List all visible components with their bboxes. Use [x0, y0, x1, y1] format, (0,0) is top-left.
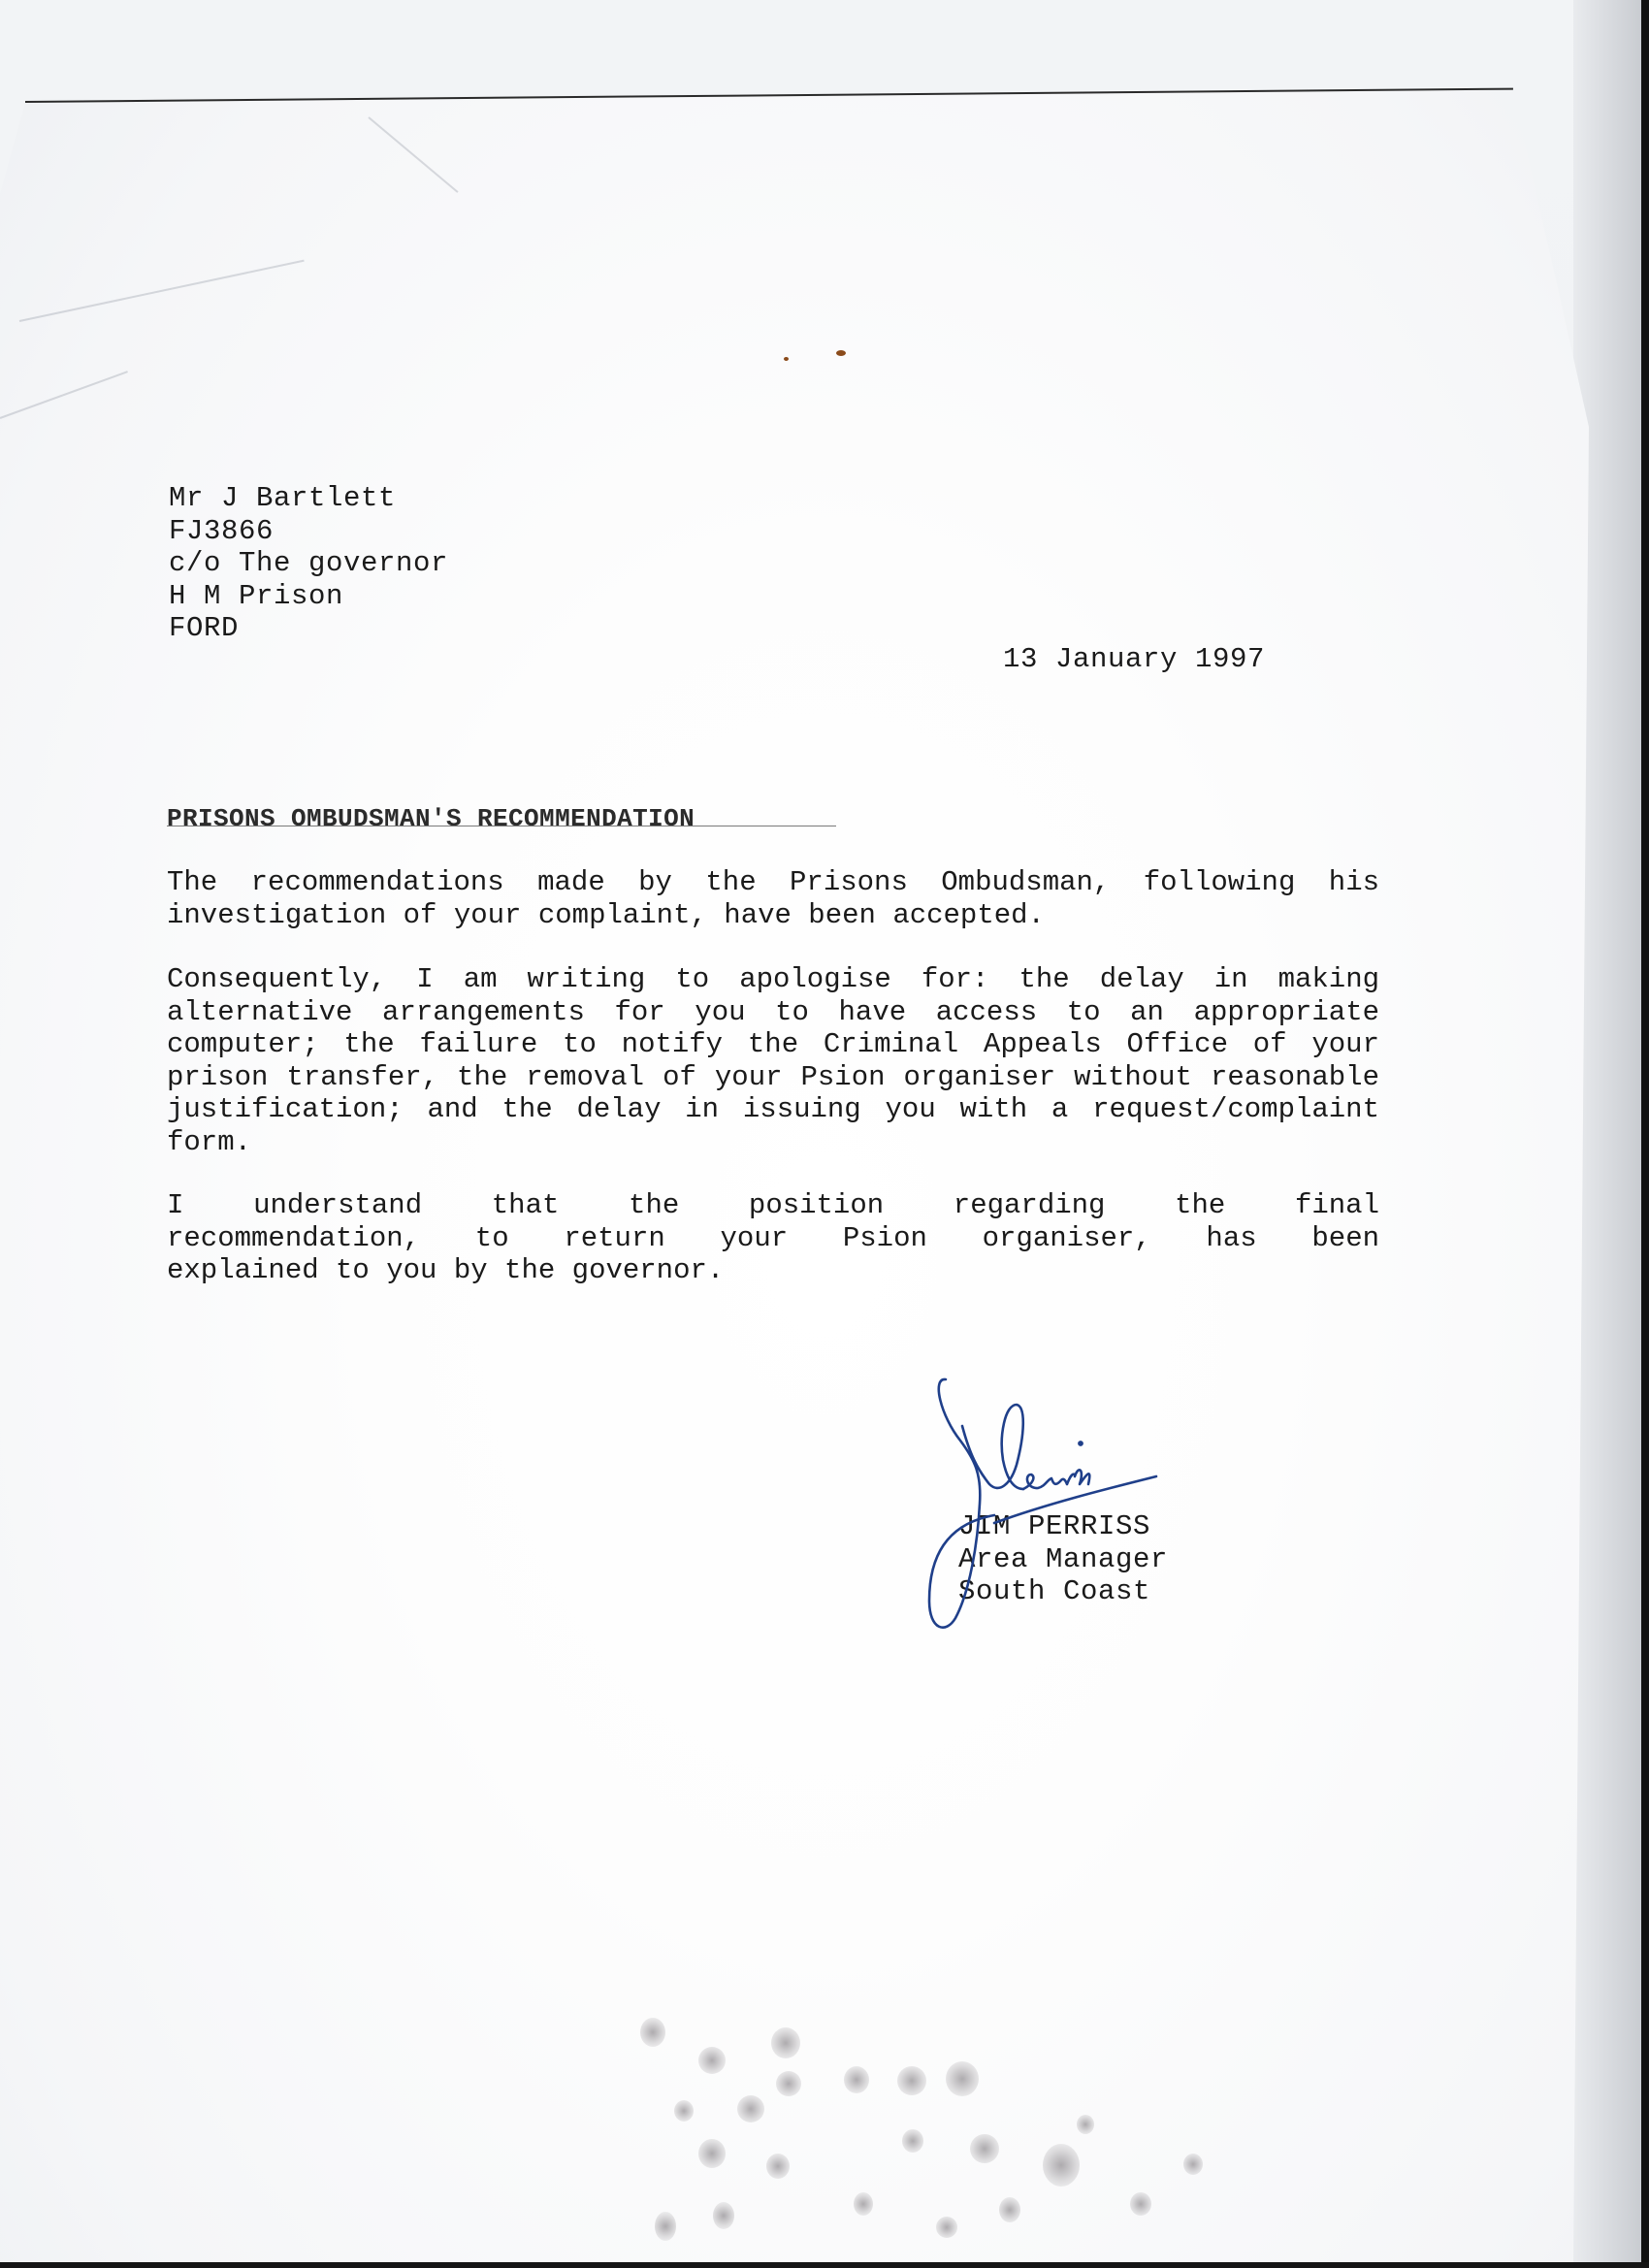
- paragraph-3-line: explained to you by the governor.: [167, 1254, 1379, 1287]
- letter: Mr J Bartlett FJ3866 c/o The governor H …: [0, 0, 1649, 2268]
- letter-date: 13 January 1997: [1003, 643, 1265, 675]
- recipient-care-of: c/o The governor: [169, 547, 448, 580]
- paragraph-3-line: recommendation, to return your Psion org…: [167, 1222, 1379, 1255]
- recipient-location: FORD: [169, 612, 448, 645]
- handwritten-signature: [902, 1358, 1193, 1639]
- signature-ink: [929, 1379, 1156, 1628]
- letter-subject-heading: PRISONS OMBUDSMAN'S RECOMMENDATION: [167, 804, 695, 833]
- recipient-address: Mr J Bartlett FJ3866 c/o The governor H …: [169, 482, 448, 645]
- recipient-prison-number: FJ3866: [169, 515, 448, 548]
- subject-underline: [167, 826, 836, 826]
- recipient-name: Mr J Bartlett: [169, 482, 448, 515]
- body-paragraph-3: I understand that the position regarding…: [167, 1189, 1379, 1287]
- paragraph-3-line: I understand that the position regarding…: [167, 1189, 1379, 1222]
- body-paragraph-2: Consequently, I am writing to apologise …: [167, 963, 1379, 1158]
- recipient-institution: H M Prison: [169, 580, 448, 613]
- body-paragraph-1: The recommendations made by the Prisons …: [167, 866, 1379, 931]
